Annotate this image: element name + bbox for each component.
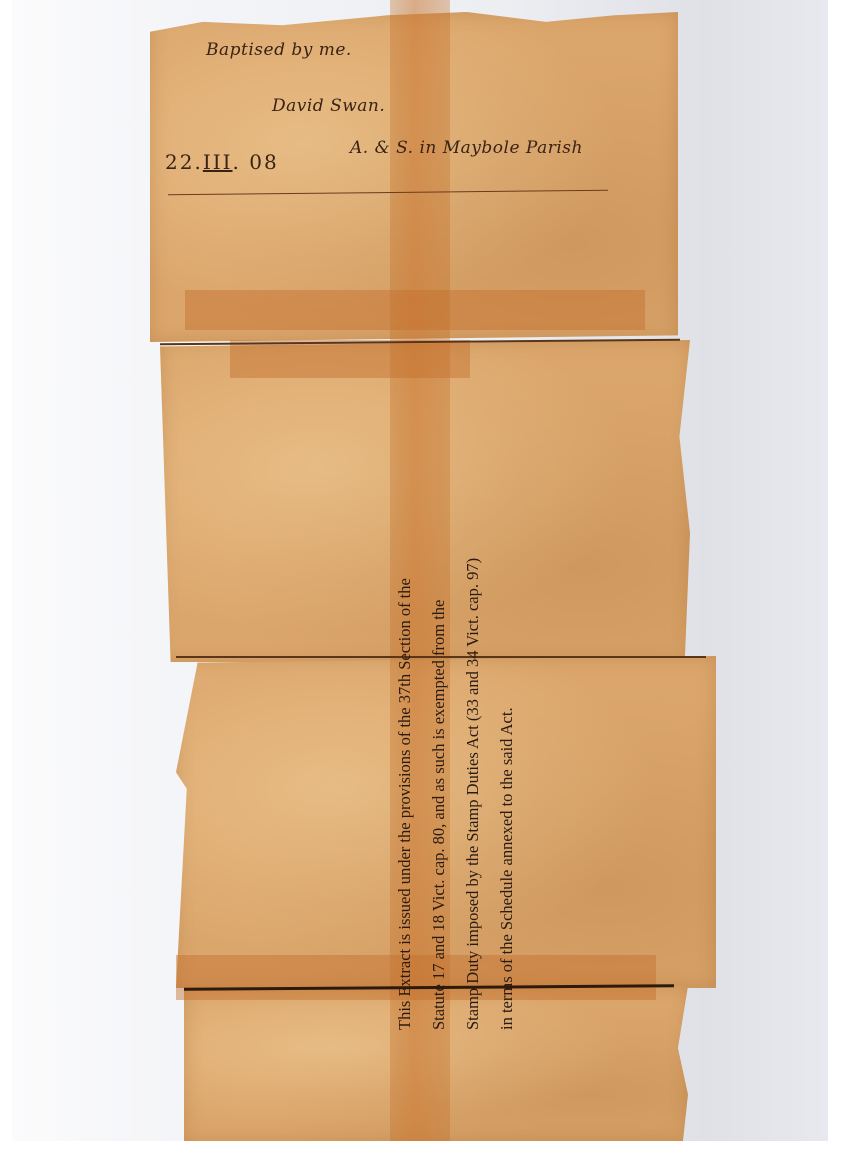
notice-line-2: Statute 17 and 18 Vict. cap. 80, and as … — [422, 310, 456, 1030]
date-day: 22. — [165, 150, 203, 174]
date-year: . 08 — [233, 150, 279, 174]
parish-text: A. & S. in Maybole Parish — [350, 138, 583, 158]
notice-line-3: Stamp Duty imposed by the Stamp Duties A… — [456, 310, 490, 1030]
date-month: III — [203, 150, 233, 174]
baptised-by-text: Baptised by me. — [206, 40, 352, 60]
notice-line-4: in terms of the Schedule annexed to the … — [490, 310, 524, 1030]
baptism-date: 22.III. 08 — [165, 150, 279, 174]
notice-line-1: This Extract is issued under the provisi… — [388, 310, 422, 1030]
printed-stamp-duty-notice: This Extract is issued under the provisi… — [388, 310, 524, 1030]
minister-signature: David Swan. — [272, 96, 385, 116]
